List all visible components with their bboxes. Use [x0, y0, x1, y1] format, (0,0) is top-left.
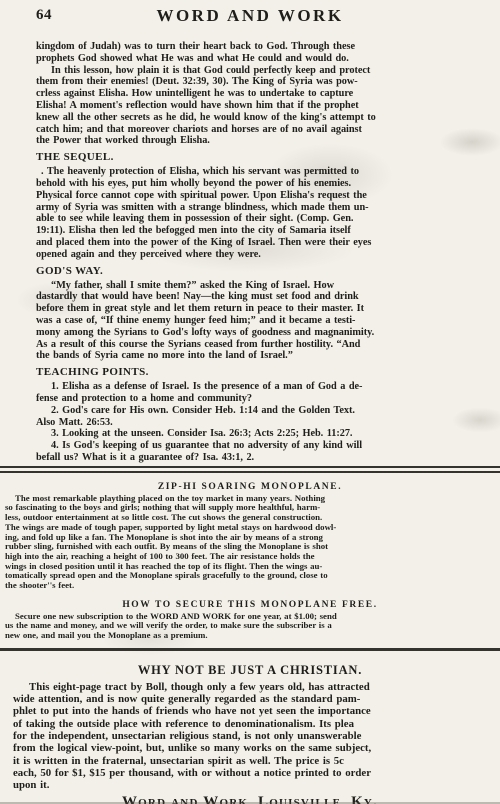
- thick-rule-divider: [0, 648, 500, 651]
- teaching-point-1: 1. Elisha as a defense of Israel. Is the…: [36, 381, 484, 405]
- section-heading-the-sequel: THE SEQUEL.: [36, 151, 484, 164]
- double-rule-divider: [0, 466, 500, 473]
- page-number: 64: [36, 7, 52, 24]
- paragraph-the-sequel: . The heavenly protection of Elisha, whi…: [36, 166, 484, 260]
- monoplane-ad-body: The most remarkable plaything placed on …: [5, 494, 495, 591]
- paragraph-in-this-lesson: In this lesson, how plain it is that God…: [36, 65, 484, 148]
- scanned-page: 64 WORD AND WORK kingdom of Judah) was t…: [0, 0, 500, 804]
- paragraph-kingdom-of-judah: kingdom of Judah) was to turn their hear…: [36, 41, 484, 65]
- teaching-point-4: 4. Is God's keeping of us guarantee that…: [36, 440, 484, 464]
- section-heading-teaching-points: TEACHING POINTS.: [36, 366, 484, 379]
- tract-ad-body: This eight-page tract by Boll, though on…: [13, 681, 487, 792]
- tract-ad-section: WHY NOT BE JUST A CHRISTIAN. This eight-…: [0, 663, 500, 792]
- tract-ad-title: WHY NOT BE JUST A CHRISTIAN.: [13, 663, 487, 678]
- monoplane-how-to-secure-title: HOW TO SECURE THIS MONOPLANE FREE.: [5, 599, 495, 611]
- monoplane-ad-section: ZIP-HI SOARING MONOPLANE. The most remar…: [0, 481, 500, 641]
- publisher-imprint: Word and Work, Louisville, Ky.: [0, 794, 500, 804]
- masthead-title: WORD AND WORK: [0, 8, 500, 24]
- teaching-point-2: 2. God's care for His own. Consider Heb.…: [36, 405, 484, 429]
- page-header: 64 WORD AND WORK: [0, 0, 500, 22]
- monoplane-ad-title: ZIP-HI SOARING MONOPLANE.: [5, 481, 495, 493]
- paragraph-gods-way: “My father, shall I smite them?” asked t…: [36, 280, 484, 363]
- section-heading-gods-way: GOD'S WAY.: [36, 265, 484, 278]
- teaching-point-3: 3. Looking at the unseen. Consider Isa. …: [36, 428, 484, 440]
- monoplane-how-to-secure-body: Secure one new subscription to the WORD …: [5, 612, 495, 641]
- lesson-column: kingdom of Judah) was to turn their hear…: [0, 41, 500, 464]
